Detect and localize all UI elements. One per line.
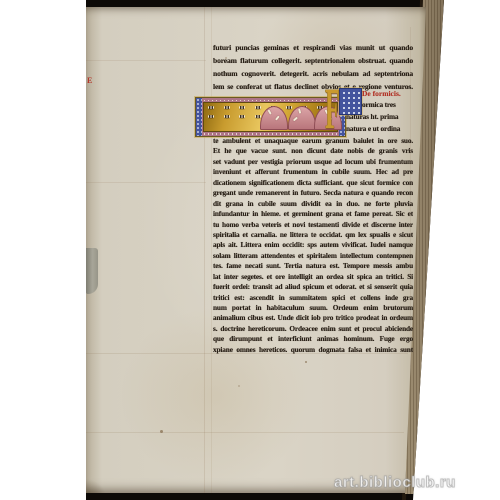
ant-icon (255, 115, 261, 118)
manuscript-photo: E futuri puncias geminas et respirandi v… (86, 0, 444, 500)
text-line: xpiane omnes hereticos. quorum dogmata f… (213, 345, 413, 355)
chapter-rubric: De formicis. (362, 89, 401, 98)
text-line: tritici est: ascendit in summitatem spic… (213, 293, 413, 303)
text-line: s. doctrine hereticorum. Ordeacee enim s… (213, 324, 413, 334)
ant-icon (239, 106, 245, 109)
library-watermark: art.biblioclub.ru (334, 474, 456, 491)
ant-icon (208, 115, 214, 118)
ant-icon (286, 106, 292, 109)
main-paragraph: te ambulent et unaquaque earum granum ba… (213, 136, 413, 355)
ruling-line (86, 60, 206, 61)
gold-ground (203, 102, 338, 132)
text-line: ormica tres (362, 100, 396, 109)
ant-icon (224, 115, 230, 118)
text-line: que dirumpunt et interficiunt animas hom… (213, 334, 413, 344)
illuminated-initial: F (325, 86, 342, 138)
text-line: natura e ut ordina (346, 124, 400, 133)
text-line: num portat in habitaculum suum. Ordeum e… (213, 303, 413, 313)
text-line: set vadunt per vestigia priorum usque ad… (213, 157, 413, 167)
stain-speck (160, 430, 163, 433)
ant-icon (255, 106, 261, 109)
text-line: gregant unde remanerent in futuro. Secda… (213, 188, 413, 198)
ant-icon (267, 109, 271, 114)
ant-icon (293, 117, 298, 122)
frame-end-cap (196, 98, 202, 136)
text-line: animalium cibus est. Unde dicit iob pro … (213, 313, 413, 323)
ruling-line (204, 7, 205, 493)
text-line: futuri puncias geminas et respirandi via… (213, 41, 413, 54)
text-line: inveniunt et afferunt frumentum in cubil… (213, 167, 413, 177)
text-line: Et he que vacue sunt. non dicunt date no… (213, 146, 413, 156)
stain-speck (238, 385, 240, 387)
text-line: apls ait. Littera enim occidit: sps aute… (213, 240, 413, 250)
ant-icon (224, 106, 230, 109)
ant-icon (208, 106, 214, 109)
quire-mark: E (87, 76, 92, 85)
facing-page-edge (86, 248, 98, 294)
text-line: naturas ht. prima (346, 112, 398, 121)
text-line: spiritalia et carnalia. ne littera te oc… (213, 230, 413, 240)
frame-dot-border (204, 100, 337, 102)
ant-icon (239, 115, 245, 118)
text-line: boream flaturum collegerit. septentriona… (213, 54, 413, 67)
text-line: nothum cognoverit. detegerit. acris nebu… (213, 67, 413, 80)
text-line: tu homo verba veteris et novi testamenti… (213, 220, 413, 230)
top-paragraph: futuri puncias geminas et respirandi via… (213, 41, 413, 93)
text-line: te ambulent et unaquaque earum granum ba… (213, 136, 413, 146)
page-corner-shadow (86, 467, 120, 500)
ant-icon (275, 115, 280, 120)
ruling-line (211, 7, 212, 493)
ruling-line (86, 182, 206, 183)
text-line: tes. fame necati sunt. Tertia natura est… (213, 261, 413, 271)
text-line: dit grana in cubile suum dividit ea in d… (213, 199, 413, 209)
text-line: infundantur in hieme. et germinent grana… (213, 209, 413, 219)
text-line: lat inter segetes. et ore intelligit an … (213, 272, 413, 282)
frame-dot-border (204, 133, 337, 135)
initial-ornament-panel (339, 88, 362, 115)
text-line: dicationem significationem dicta suffici… (213, 178, 413, 188)
stain-speck (305, 361, 307, 363)
text-line: solam litteram attendentes et spiritalem… (213, 251, 413, 261)
ant-icon (298, 108, 302, 113)
text-line: fuerit ordei: transit ad aliud spicum et… (213, 282, 413, 292)
miniature-panel (195, 97, 346, 137)
ruling-line (86, 432, 404, 433)
